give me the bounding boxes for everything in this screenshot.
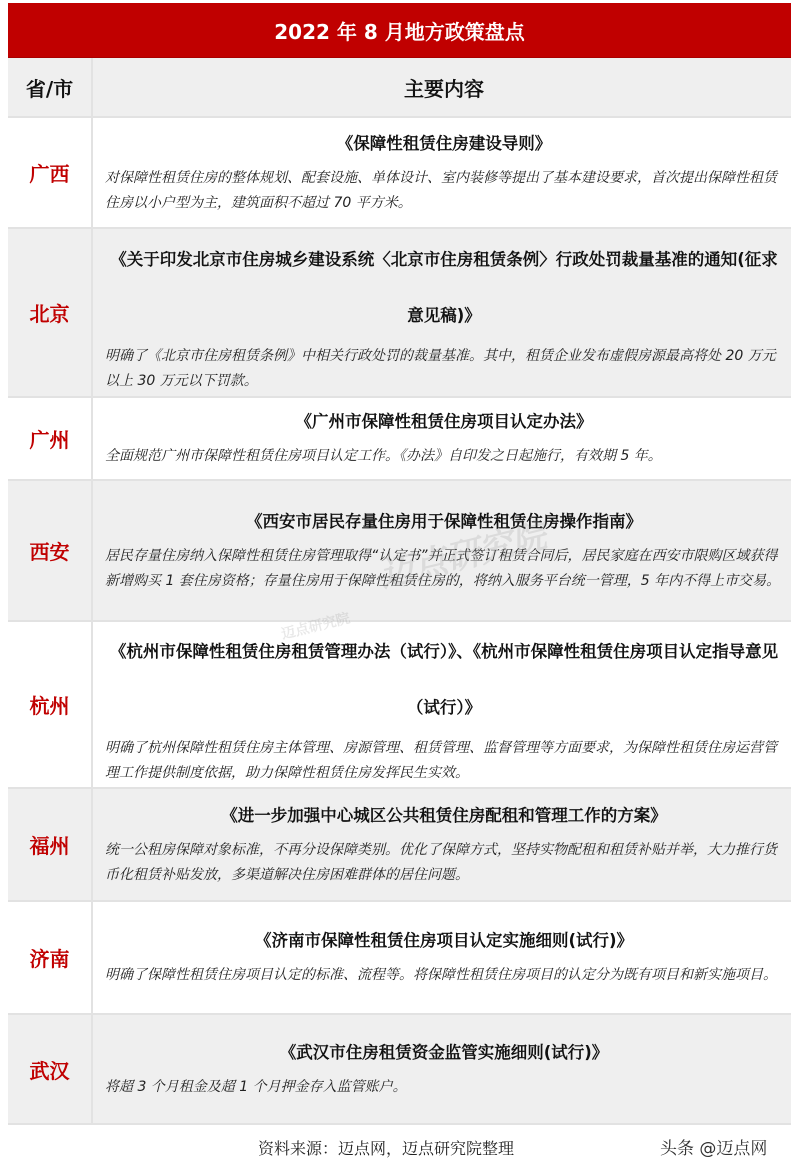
policy-table: 2022 年 8 月地方政策盘点 省/市 主要内容 广西 《保障性租赁住房建设导… (8, 3, 791, 1125)
header-content: 主要内容 (93, 58, 791, 116)
policy-title: 《武汉市住房租赁资金监管实施细则(试行)》 (105, 1039, 783, 1067)
city-cell: 杭州 (8, 622, 93, 787)
table-header: 省/市 主要内容 (8, 58, 791, 118)
policy-title: 《广州市保障性租赁住房项目认定办法》 (105, 408, 783, 436)
policy-title: 《济南市保障性租赁住房项目认定实施细则(试行)》 (105, 927, 783, 955)
policy-description: 全面规范广州市保障性租赁住房项目认定工作。《办法》自印发之日起施行，有效期 5 … (105, 444, 783, 469)
policy-title: 《西安市居民存量住房用于保障性租赁住房操作指南》 (105, 508, 783, 536)
table-row: 福州 《进一步加强中心城区公共租赁住房配租和管理工作的方案》 统一公租房保障对象… (8, 789, 791, 902)
policy-description: 居民存量住房纳入保障性租赁住房管理取得“认定书”并正式签订租赁合同后，居民家庭在… (105, 544, 783, 594)
table-title: 2022 年 8 月地方政策盘点 (8, 3, 791, 58)
table-row: 广西 《保障性租赁住房建设导则》 对保障性租赁住房的整体规划、配套设施、单体设计… (8, 118, 791, 229)
table-row: 济南 《济南市保障性租赁住房项目认定实施细则(试行)》 明确了保障性租赁住房项目… (8, 902, 791, 1015)
policy-description: 将超 3 个月租金及超 1 个月押金存入监管账户。 (105, 1075, 783, 1100)
policy-title: 《杭州市保障性租赁住房租赁管理办法（试行）》、《杭州市保障性租赁住房项目认定指导… (105, 624, 783, 736)
content-cell: 《进一步加强中心城区公共租赁住房配租和管理工作的方案》 统一公租房保障对象标准，… (93, 789, 791, 900)
table-row: 北京 《关于印发北京市住房城乡建设系统〈北京市住房租赁条例〉行政处罚裁量基准的通… (8, 229, 791, 398)
table-row: 西安 《西安市居民存量住房用于保障性租赁住房操作指南》 居民存量住房纳入保障性租… (8, 481, 791, 622)
source-note: 资料来源：迈点网，迈点研究院整理 (258, 1136, 514, 1159)
city-cell: 西安 (8, 481, 93, 620)
author-credit: 头条 @迈点网 (660, 1134, 767, 1159)
content-cell: 《西安市居民存量住房用于保障性租赁住房操作指南》 居民存量住房纳入保障性租赁住房… (93, 481, 791, 620)
table-row: 杭州 《杭州市保障性租赁住房租赁管理办法（试行）》、《杭州市保障性租赁住房项目认… (8, 622, 791, 789)
city-cell: 广西 (8, 118, 93, 227)
city-cell: 武汉 (8, 1015, 93, 1123)
content-cell: 《关于印发北京市住房城乡建设系统〈北京市住房租赁条例〉行政处罚裁量基准的通知(征… (93, 229, 791, 396)
header-city: 省/市 (8, 58, 93, 116)
content-cell: 《武汉市住房租赁资金监管实施细则(试行)》 将超 3 个月租金及超 1 个月押金… (93, 1015, 791, 1123)
content-cell: 《广州市保障性租赁住房项目认定办法》 全面规范广州市保障性租赁住房项目认定工作。… (93, 398, 791, 479)
city-cell: 福州 (8, 789, 93, 900)
policy-title: 《保障性租赁住房建设导则》 (105, 130, 783, 158)
table-row: 广州 《广州市保障性租赁住房项目认定办法》 全面规范广州市保障性租赁住房项目认定… (8, 398, 791, 481)
policy-description: 统一公租房保障对象标准，不再分设保障类别。优化了保障方式，坚持实物配租和租赁补贴… (105, 838, 783, 888)
content-cell: 《保障性租赁住房建设导则》 对保障性租赁住房的整体规划、配套设施、单体设计、室内… (93, 118, 791, 227)
policy-description: 明确了保障性租赁住房项目认定的标准、流程等。将保障性租赁住房项目的认定分为既有项… (105, 963, 783, 988)
content-cell: 《济南市保障性租赁住房项目认定实施细则(试行)》 明确了保障性租赁住房项目认定的… (93, 902, 791, 1013)
content-cell: 《杭州市保障性租赁住房租赁管理办法（试行）》、《杭州市保障性租赁住房项目认定指导… (93, 622, 791, 787)
table-row: 武汉 《武汉市住房租赁资金监管实施细则(试行)》 将超 3 个月租金及超 1 个… (8, 1015, 791, 1125)
policy-description: 明确了《北京市住房租赁条例》中相关行政处罚的裁量基准。其中，租赁企业发布虚假房源… (105, 344, 783, 394)
footer: 资料来源：迈点网，迈点研究院整理 头条 @迈点网 (0, 1136, 800, 1166)
policy-description: 明确了杭州保障性租赁住房主体管理、房源管理、租赁管理、监督管理等方面要求，为保障… (105, 736, 783, 786)
city-cell: 广州 (8, 398, 93, 479)
policy-description: 对保障性租赁住房的整体规划、配套设施、单体设计、室内装修等提出了基本建设要求，首… (105, 166, 783, 216)
city-cell: 济南 (8, 902, 93, 1013)
policy-title: 《进一步加强中心城区公共租赁住房配租和管理工作的方案》 (105, 802, 783, 830)
city-cell: 北京 (8, 229, 93, 396)
policy-title: 《关于印发北京市住房城乡建设系统〈北京市住房租赁条例〉行政处罚裁量基准的通知(征… (105, 232, 783, 344)
